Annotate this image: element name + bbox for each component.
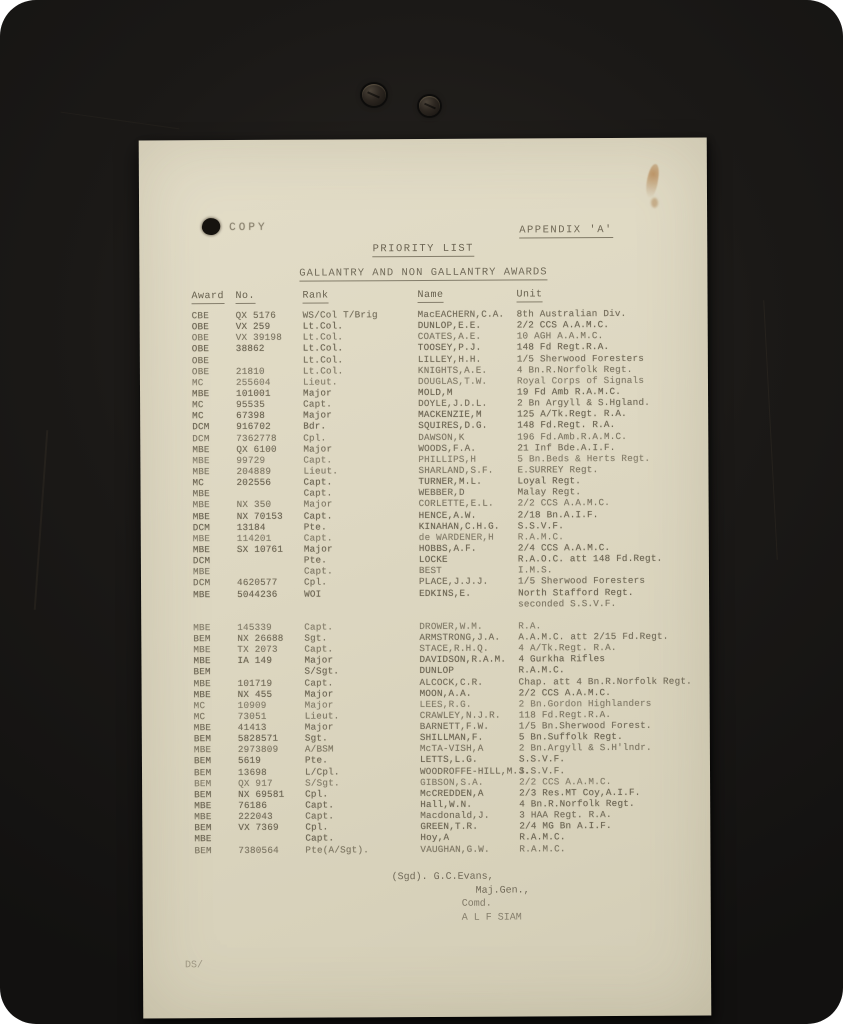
cell-no: VX 39198 bbox=[236, 332, 282, 343]
cell-unit: 4 Bn.R.Norfolk Regt. bbox=[517, 364, 633, 376]
column-header-rank: Rank bbox=[302, 291, 328, 304]
cell-unit: I.M.S. bbox=[518, 565, 553, 576]
cell-no: QX 917 bbox=[238, 778, 273, 789]
cell-rank: Major bbox=[303, 410, 332, 421]
cell-name: CRAWLEY,N.J.R. bbox=[420, 710, 501, 721]
cell-name: LETTS,L.G. bbox=[420, 754, 478, 765]
cell-award: MBE bbox=[194, 834, 211, 845]
cell-rank: Cpl. bbox=[305, 822, 328, 833]
cell-no: 7362778 bbox=[236, 432, 277, 443]
cell-award: MBE bbox=[193, 511, 210, 522]
signature-block: (Sgd). G.C.Evans, Maj.Gen., Comd. A L F … bbox=[392, 870, 530, 925]
cell-award: OBE bbox=[192, 321, 209, 332]
cell-no: SX 10761 bbox=[237, 544, 283, 555]
signature-name: (Sgd). G.C.Evans, bbox=[392, 870, 530, 884]
cell-name: MacEACHERN,C.A. bbox=[418, 309, 505, 320]
cell-no: NX 69581 bbox=[238, 789, 284, 800]
punch-hole bbox=[200, 216, 222, 237]
cell-no: NX 70153 bbox=[237, 510, 283, 521]
cell-award: BEM bbox=[194, 845, 211, 856]
cell-rank: Sgt. bbox=[305, 733, 328, 744]
column-header-unit: Unit bbox=[516, 289, 542, 302]
cell-award: BEM bbox=[194, 822, 211, 833]
document-subtitle: GALLANTRY AND NON GALLANTRY AWARDS bbox=[139, 266, 707, 281]
screw-icon bbox=[362, 84, 386, 106]
cell-name: Macdonald,J. bbox=[420, 810, 489, 821]
cell-unit: 19 Fd Amb R.A.M.C. bbox=[517, 386, 621, 398]
cell-unit: 148 Fd Regt.R.A. bbox=[517, 341, 610, 352]
cell-no: IA 149 bbox=[237, 655, 272, 666]
cell-rank: Lt.Col. bbox=[303, 343, 344, 354]
cell-award: BEM bbox=[193, 666, 210, 677]
cell-rank: S/Sgt. bbox=[305, 777, 340, 788]
cell-no: 5044236 bbox=[237, 588, 278, 599]
cell-rank: Pte(A/Sgt). bbox=[305, 844, 369, 855]
board-scratch bbox=[34, 430, 49, 610]
cell-no: 202556 bbox=[236, 477, 271, 488]
cell-award: MBE bbox=[192, 444, 209, 455]
cell-rank: WS/Col T/Brig bbox=[303, 309, 378, 320]
column-header-name: Name bbox=[417, 290, 443, 303]
cell-name: BEST bbox=[419, 565, 442, 576]
document-title: PRIORITY LIST bbox=[139, 242, 707, 257]
cell-unit: S.S.V.F. bbox=[519, 754, 565, 765]
cell-rank: Capt. bbox=[303, 399, 332, 410]
cell-rank: Capt. bbox=[304, 644, 333, 655]
cell-rank: Pte. bbox=[304, 521, 327, 532]
cell-no: VX 259 bbox=[236, 321, 271, 332]
cell-name: COATES,A.E. bbox=[418, 331, 482, 342]
cell-unit: S.S.V.F. bbox=[518, 520, 564, 531]
cell-unit: 125 A/Tk.Regt. R.A. bbox=[517, 408, 627, 420]
cell-name: WEBBER,D bbox=[419, 487, 465, 498]
cell-no: 4620577 bbox=[237, 577, 278, 588]
cell-unit: 2 Bn.Gordon Highlanders bbox=[519, 698, 652, 710]
cell-name: Hoy,A bbox=[420, 832, 449, 843]
cell-no: QX 6100 bbox=[236, 443, 277, 454]
cell-name: ALCOCK,C.R. bbox=[420, 676, 484, 687]
cell-award: BEM bbox=[194, 778, 211, 789]
award-table-body: CBE QX 5176 WS/Col T/Brig MacEACHERN,C.A… bbox=[140, 308, 711, 857]
cell-award: BEM bbox=[193, 633, 210, 644]
cell-unit: 2/2 CCS A.A.M.C. bbox=[518, 497, 611, 508]
cell-award: MBE bbox=[193, 544, 210, 555]
cell-rank: Capt. bbox=[305, 800, 334, 811]
cell-no: 21810 bbox=[236, 366, 265, 377]
cell-name: PHILLIPS,H bbox=[418, 454, 476, 465]
cell-rank: Major bbox=[304, 499, 333, 510]
cell-name: SHARLAND,S.F. bbox=[418, 465, 493, 476]
cell-name: DOYLE,J.D.L. bbox=[418, 398, 487, 409]
cell-unit: R.A.M.C. bbox=[518, 531, 564, 542]
cell-award: MBE bbox=[194, 722, 211, 733]
cell-award: OBE bbox=[192, 344, 209, 355]
cell-rank: Major bbox=[304, 655, 333, 666]
cell-name: TURNER,M.L. bbox=[418, 476, 482, 487]
cell-rank: Lt.Col. bbox=[303, 332, 344, 343]
cell-name: DROWER,W.M. bbox=[419, 620, 483, 631]
cell-rank: Major bbox=[303, 443, 332, 454]
signature-role: Comd. bbox=[462, 897, 530, 911]
cell-no: 114201 bbox=[237, 533, 272, 544]
cell-award: MBE bbox=[192, 466, 209, 477]
cell-unit: 5 Bn.Suffolk Regt. bbox=[519, 731, 623, 743]
cell-name: SHILLMAN,F. bbox=[420, 732, 484, 743]
cell-name: DOUGLAS,T.W. bbox=[418, 376, 487, 387]
cell-unit: 8th Australian Div. bbox=[517, 308, 627, 320]
cell-award: MBE bbox=[194, 800, 211, 811]
cell-award: DCM bbox=[192, 433, 209, 444]
column-header-award: Award bbox=[191, 291, 224, 304]
table-header: Award No. Rank Name Unit bbox=[139, 289, 707, 305]
cell-award: BEM bbox=[194, 756, 211, 767]
cell-name: DAWSON,K bbox=[418, 431, 464, 442]
cell-rank: Cpl. bbox=[303, 432, 326, 443]
column-header-no: No. bbox=[235, 291, 255, 304]
cell-award: MBE bbox=[194, 744, 211, 755]
rust-stain bbox=[645, 163, 660, 198]
cell-award: OBE bbox=[192, 355, 209, 366]
cell-unit: R.A.O.C. att 148 Fd.Regt. bbox=[518, 553, 663, 565]
cell-award: CBE bbox=[192, 310, 209, 321]
cell-award: OBE bbox=[192, 332, 209, 343]
cell-award: MC bbox=[194, 711, 206, 722]
cell-no: VX 7369 bbox=[238, 822, 279, 833]
cell-award: MC bbox=[194, 700, 206, 711]
cell-rank: Capt. bbox=[303, 477, 332, 488]
cell-name: LEES,R.G. bbox=[420, 699, 472, 710]
cell-no: NX 26688 bbox=[237, 633, 283, 644]
cell-name: WOODS,F.A. bbox=[418, 442, 476, 453]
cell-award: DCM bbox=[193, 577, 210, 588]
cell-award: MBE bbox=[192, 388, 209, 399]
cell-no: 916702 bbox=[236, 421, 271, 432]
cell-unit: R.A.M.C. bbox=[518, 665, 564, 676]
cell-rank: Capt. bbox=[305, 811, 334, 822]
cell-rank: Capt. bbox=[303, 454, 332, 465]
cell-award: MC bbox=[192, 477, 204, 488]
cell-award: MC bbox=[192, 399, 204, 410]
appendix-label: APPENDIX 'A' bbox=[519, 224, 613, 238]
cell-no: 73051 bbox=[238, 711, 267, 722]
cell-unit: 4 A/Tk.Regt. R.A. bbox=[518, 642, 616, 654]
cell-unit: 118 Fd.Regt.R.A. bbox=[519, 709, 612, 720]
cell-rank: Sgt. bbox=[304, 632, 327, 643]
cell-award: MBE bbox=[193, 566, 210, 577]
cell-unit: North Stafford Regt. bbox=[518, 586, 634, 598]
cell-unit: 2 Bn Argyll & S.Hgland. bbox=[517, 397, 650, 409]
cell-no: 38862 bbox=[236, 343, 265, 354]
cell-award: MBE bbox=[194, 678, 211, 689]
board-scratch bbox=[61, 112, 180, 130]
cell-no: 255604 bbox=[236, 377, 271, 388]
cell-award: DCM bbox=[193, 522, 210, 533]
copy-stamp: COPY bbox=[229, 222, 267, 234]
cell-unit: 10 AGH A.A.M.C. bbox=[517, 330, 604, 341]
cell-name: EDKINS,E. bbox=[419, 587, 471, 598]
cell-rank: Major bbox=[304, 543, 333, 554]
cell-unit: A.A.M.C. att 2/15 Fd.Regt. bbox=[518, 631, 668, 643]
cell-award: BEM bbox=[194, 767, 211, 778]
cell-unit: Malay Regt. bbox=[518, 486, 582, 497]
cell-no: 204889 bbox=[236, 466, 271, 477]
cell-name: DUNLOP,E.E. bbox=[418, 320, 482, 331]
cell-name: DAVIDSON,R.A.M. bbox=[419, 654, 506, 665]
cell-name: SQUIRES,D.G. bbox=[418, 420, 487, 431]
cell-award: OBE bbox=[192, 366, 209, 377]
cell-name: PLACE,J.J.J. bbox=[419, 576, 488, 587]
cell-unit: 2/2 CCS A.A.M.C. bbox=[519, 687, 612, 698]
cell-unit: Royal Corps of Signals bbox=[517, 375, 644, 387]
cell-name: KNIGHTS,A.E. bbox=[418, 364, 487, 375]
cell-name: LILLEY,H.H. bbox=[418, 353, 482, 364]
cell-award: DCM bbox=[192, 422, 209, 433]
cell-name: LOCKE bbox=[419, 554, 448, 565]
cell-no: 2973809 bbox=[238, 744, 279, 755]
cell-award: MBE bbox=[193, 488, 210, 499]
cell-rank: Capt. bbox=[305, 833, 334, 844]
cell-no: 145339 bbox=[237, 622, 272, 633]
cell-rank: Cpl. bbox=[304, 577, 327, 588]
document-page: COPY APPENDIX 'A' PRIORITY LIST GALLANTR… bbox=[139, 138, 712, 1019]
cell-name: HOBBS,A.F. bbox=[419, 543, 477, 554]
cell-no: 101719 bbox=[238, 677, 273, 688]
cell-award: BEM bbox=[194, 733, 211, 744]
cell-name: BARNETT,F.W. bbox=[420, 721, 489, 732]
cell-award: MBE bbox=[193, 622, 210, 633]
cell-rank: Capt. bbox=[304, 621, 333, 632]
cell-award: MC bbox=[192, 377, 204, 388]
cell-name: de WARDENER,H bbox=[419, 531, 494, 542]
cell-unit: 1/5 Sherwood Foresters bbox=[518, 575, 645, 587]
signature-command: A L F SIAM bbox=[462, 911, 530, 925]
cell-rank: Major bbox=[303, 387, 332, 398]
cell-name: Hall,W.N. bbox=[420, 799, 472, 810]
cell-rank: WOI bbox=[304, 588, 321, 599]
cell-unit: R.A.M.C. bbox=[519, 832, 565, 843]
cell-name: HENCE,A.W. bbox=[419, 509, 477, 520]
cell-no: TX 2073 bbox=[237, 644, 278, 655]
cell-unit: 3 HAA Regt. R.A. bbox=[519, 809, 612, 820]
cell-rank: Lieut. bbox=[303, 376, 338, 387]
cell-name: WOODROFFE-HILL,M.J. bbox=[420, 765, 530, 777]
cell-award: BEM bbox=[194, 789, 211, 800]
cell-name: MOON,A.A. bbox=[420, 687, 472, 698]
cell-rank: Lt.Col. bbox=[303, 354, 344, 365]
cell-rank: Lieut. bbox=[305, 710, 340, 721]
cell-name: ARMSTRONG,J.A. bbox=[419, 632, 500, 643]
cell-no: 13698 bbox=[238, 766, 267, 777]
cell-unit: 4 Bn.R.Norfolk Regt. bbox=[519, 798, 635, 810]
cell-unit-continuation: seconded S.S.V.F. bbox=[518, 598, 616, 610]
cell-rank: S/Sgt. bbox=[304, 666, 339, 677]
cell-no: NX 350 bbox=[237, 499, 272, 510]
cell-no: 7380564 bbox=[238, 844, 279, 855]
cell-rank: A/BSM bbox=[305, 744, 334, 755]
cell-award: MBE bbox=[193, 655, 210, 666]
cell-no: 222043 bbox=[238, 811, 273, 822]
cell-no: 76186 bbox=[238, 800, 267, 811]
cell-award: MC bbox=[192, 410, 204, 421]
cell-award: MBE bbox=[193, 644, 210, 655]
cell-rank: Major bbox=[305, 699, 334, 710]
cell-unit: R.A.M.C. bbox=[519, 843, 565, 854]
cell-name: GIBSON,S.A. bbox=[420, 776, 484, 787]
cell-rank: Capt. bbox=[305, 677, 334, 688]
cell-unit: Chap. att 4 Bn.R.Norfolk Regt. bbox=[519, 675, 692, 687]
cell-unit: 2 Bn.Argyll & S.H'lndr. bbox=[519, 742, 652, 754]
cell-name: GREEN,T.R. bbox=[420, 821, 478, 832]
cell-unit: 148 Fd.Regt. R.A. bbox=[517, 419, 615, 431]
cell-unit: 2/4 CCS A.A.M.C. bbox=[518, 542, 611, 553]
cell-unit: 2/2 CCS A.A.M.C. bbox=[517, 319, 610, 330]
cell-rank: Pte. bbox=[304, 555, 327, 566]
cell-name: STACE,R.H.Q. bbox=[419, 643, 488, 654]
cell-unit: 1/5 Sherwood Foresters bbox=[517, 352, 644, 364]
cell-name: DUNLOP bbox=[419, 665, 454, 676]
cell-rank: Major bbox=[305, 722, 334, 733]
board-scratch bbox=[763, 300, 778, 560]
cell-unit: 2/4 MG Bn A.I.F. bbox=[519, 820, 612, 831]
cell-name: KINAHAN,C.H.G. bbox=[419, 520, 500, 531]
cell-unit: 2/3 Res.MT Coy,A.I.F. bbox=[519, 787, 640, 799]
cell-rank: Lt.Col. bbox=[303, 321, 344, 332]
cell-award: MBE bbox=[193, 589, 210, 600]
cell-award: DCM bbox=[193, 555, 210, 566]
typist-initials: DS/ bbox=[185, 960, 203, 971]
cell-rank: Bdr. bbox=[303, 421, 326, 432]
cell-rank: Lieut. bbox=[303, 465, 338, 476]
cell-name: MOLD,M bbox=[418, 387, 453, 398]
cell-name: McTA-VISH,A bbox=[420, 743, 484, 754]
cell-no: 13184 bbox=[237, 522, 266, 533]
cell-rank: Pte. bbox=[305, 755, 328, 766]
cell-no: 5619 bbox=[238, 755, 261, 766]
cell-rank: Capt. bbox=[304, 488, 333, 499]
cell-unit: E.SURREY Regt. bbox=[517, 464, 598, 475]
cell-name: VAUGHAN,G.W. bbox=[420, 843, 489, 854]
cell-award: MBE bbox=[193, 500, 210, 511]
cell-rank: Major bbox=[305, 688, 334, 699]
cell-unit: 4 Gurkha Rifles bbox=[518, 653, 605, 664]
rust-stain bbox=[651, 198, 658, 208]
cell-no: 41413 bbox=[238, 722, 267, 733]
cell-unit: 1/5 Bn.Sherwood Forest. bbox=[519, 720, 652, 732]
cell-rank: Capt. bbox=[304, 510, 333, 521]
cell-unit: 2/2 CCS A.A.M.C. bbox=[519, 776, 612, 787]
cell-no: QX 5176 bbox=[236, 310, 277, 321]
cell-no: 10909 bbox=[238, 700, 267, 711]
cell-rank: Capt. bbox=[304, 566, 333, 577]
cell-unit: 21 Inf Bde.A.I.F. bbox=[517, 442, 615, 454]
signature-rank: Maj.Gen., bbox=[476, 884, 530, 898]
cell-no: 95535 bbox=[236, 399, 265, 410]
cell-no: 99729 bbox=[236, 455, 265, 466]
cell-unit: 2/18 Bn.A.I.F. bbox=[518, 509, 599, 520]
cell-rank: Capt. bbox=[304, 532, 333, 543]
cell-no: 67398 bbox=[236, 410, 265, 421]
cell-unit: Loyal Regt. bbox=[517, 475, 581, 486]
cell-name: CORLETTE,E.L. bbox=[419, 498, 494, 509]
screw-icon bbox=[419, 96, 440, 116]
cell-no: NX 455 bbox=[238, 688, 273, 699]
photo-board-background: COPY APPENDIX 'A' PRIORITY LIST GALLANTR… bbox=[0, 0, 843, 1024]
cell-unit: 5 Bn.Beds & Herts Regt. bbox=[517, 453, 650, 465]
cell-award: MBE bbox=[193, 533, 210, 544]
cell-award: MBE bbox=[194, 689, 211, 700]
table-row-continuation: seconded S.S.V.F. bbox=[141, 597, 709, 611]
cell-rank: L/Cpl. bbox=[305, 766, 340, 777]
cell-unit: S.S.V.F. bbox=[519, 765, 565, 776]
cell-name: TOOSEY,P.J. bbox=[418, 342, 482, 353]
cell-rank: Lt.Col. bbox=[303, 365, 344, 376]
cell-award: MBE bbox=[192, 455, 209, 466]
cell-unit: 196 Fd.Amb.R.A.M.C. bbox=[517, 430, 627, 442]
table-row: BEM 7380564 Pte(A/Sgt). VAUGHAN,G.W. R.A… bbox=[142, 842, 710, 856]
cell-no: 5828571 bbox=[238, 733, 279, 744]
cell-name: MACKENZIE,M bbox=[418, 409, 482, 420]
cell-name: McCREDDEN,A bbox=[420, 788, 484, 799]
cell-no: 101001 bbox=[236, 388, 271, 399]
cell-award: MBE bbox=[194, 811, 211, 822]
cell-rank: Cpl. bbox=[305, 788, 328, 799]
cell-unit: R.A. bbox=[518, 620, 541, 631]
